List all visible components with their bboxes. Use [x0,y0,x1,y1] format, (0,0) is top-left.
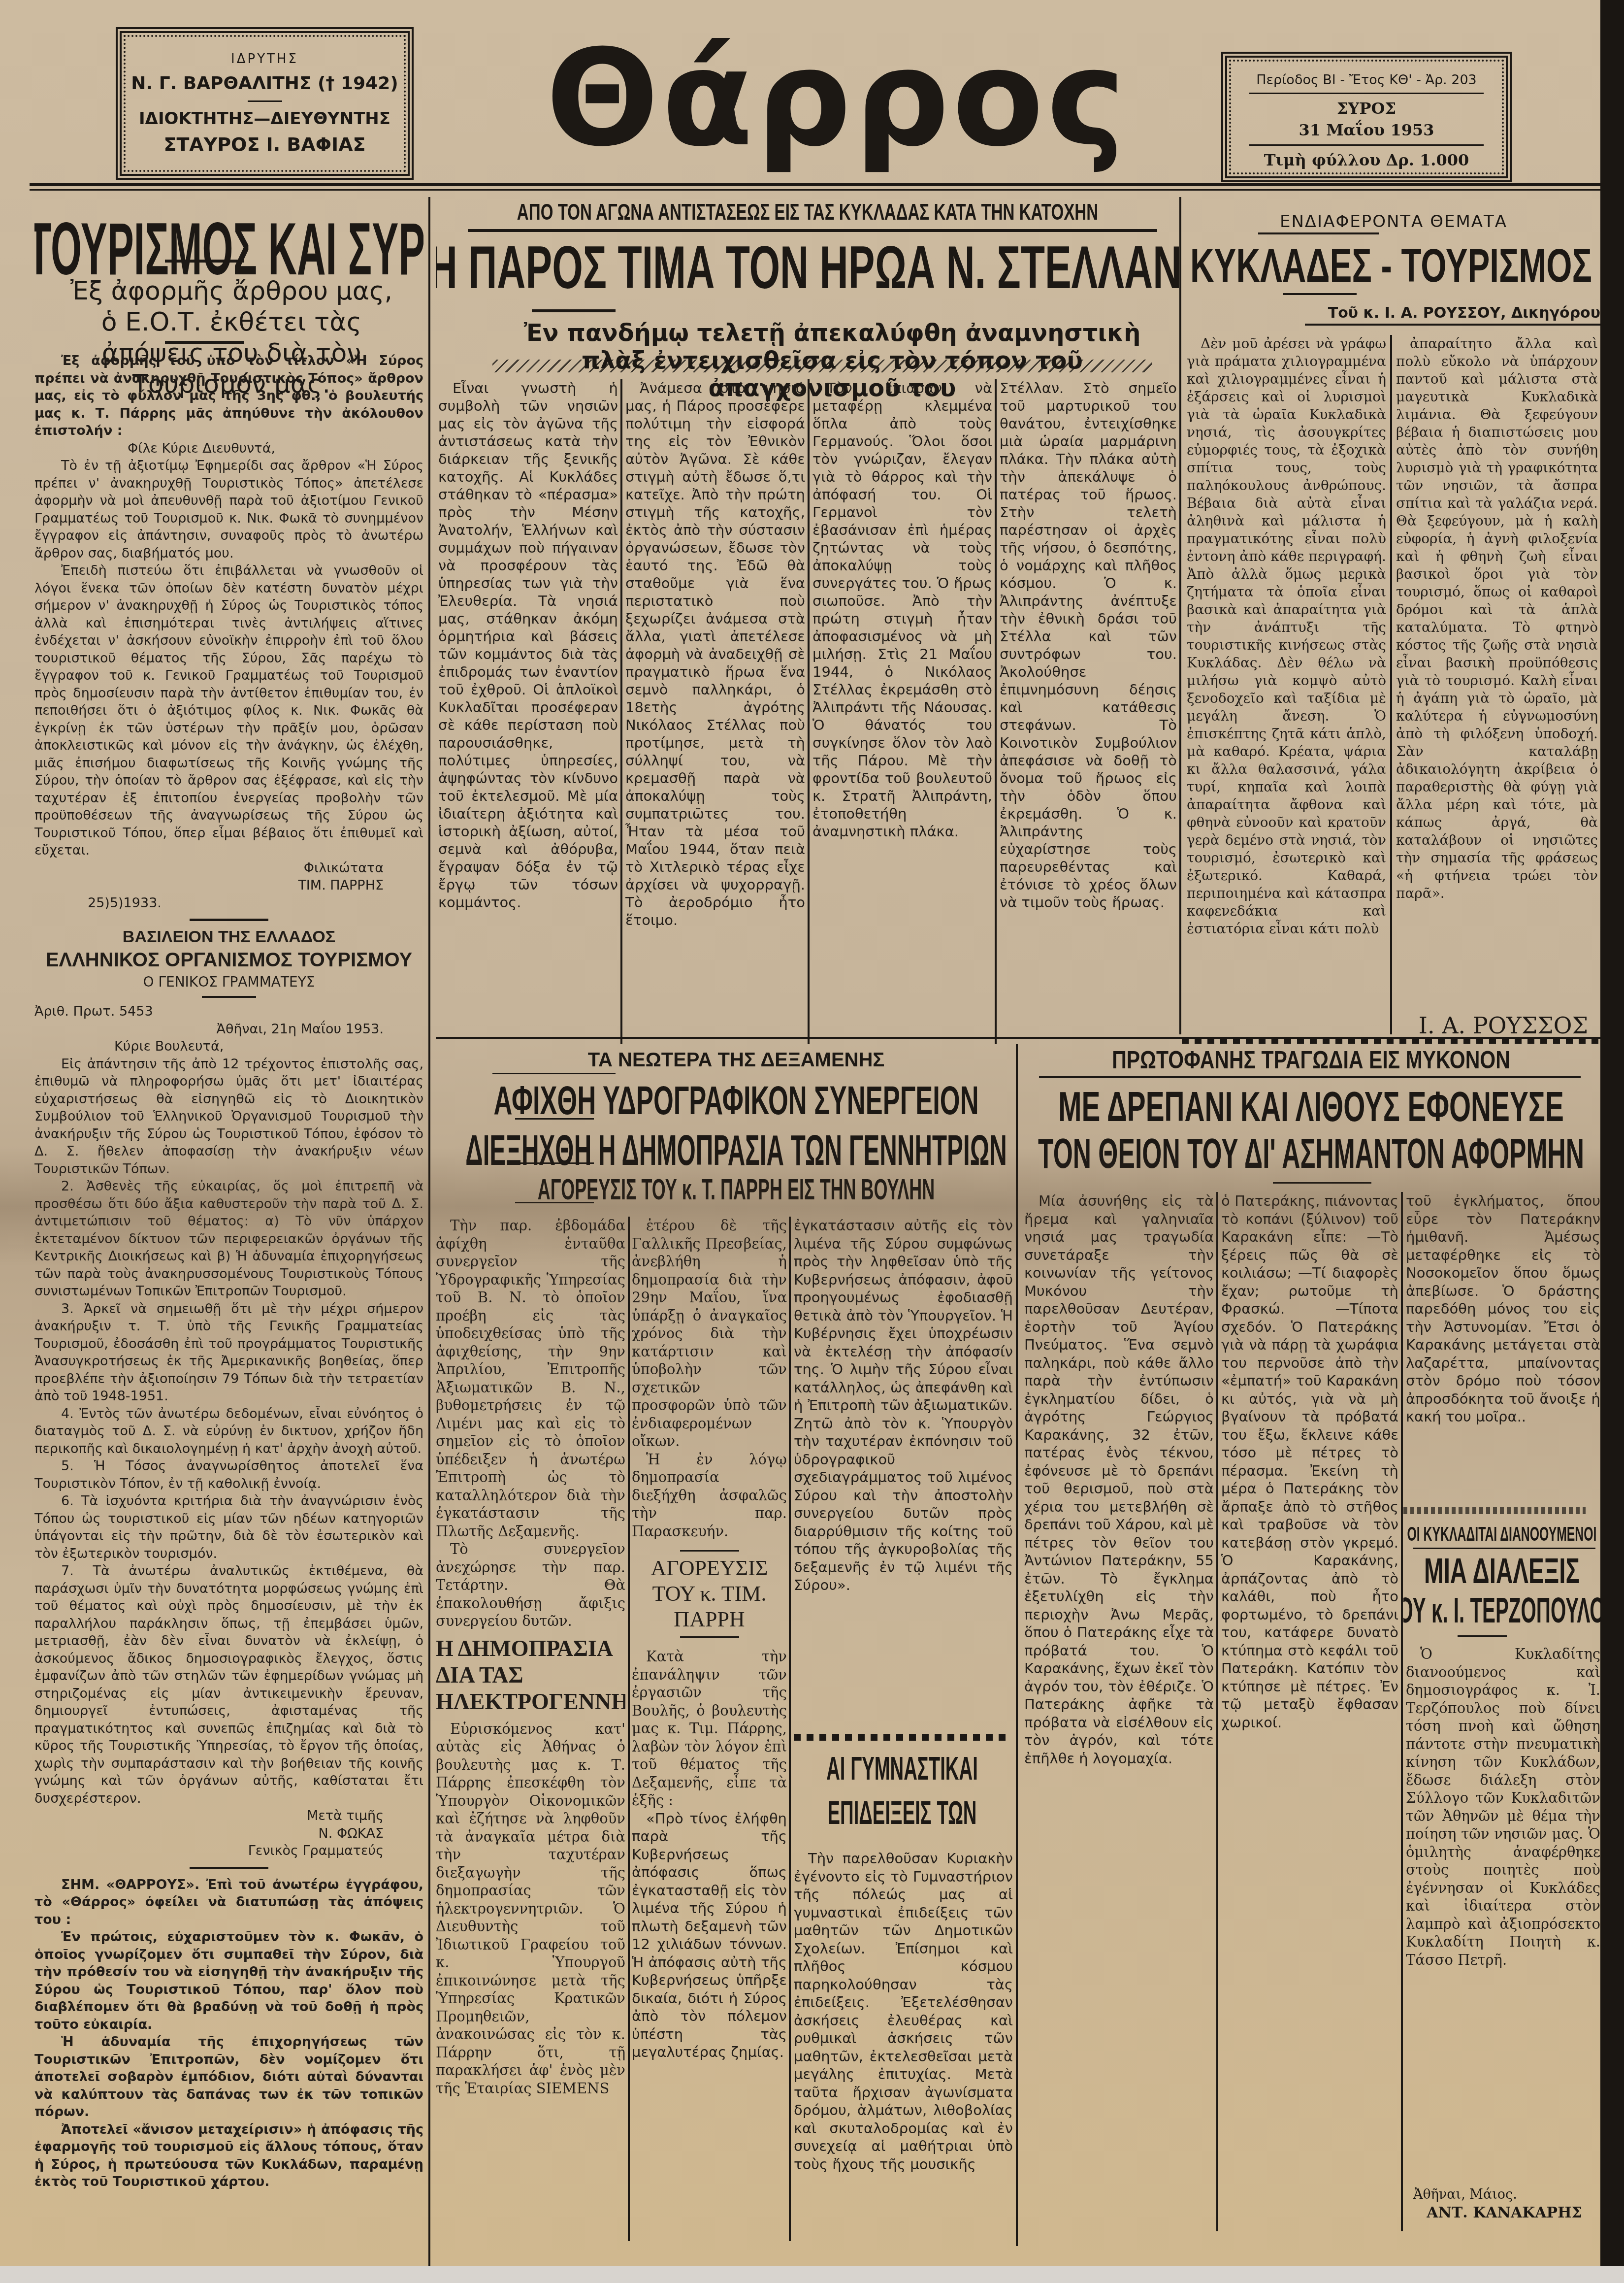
left-article-body: Ἐξ ἀφορμῆς τοῦ ὑπὸ τὸν τίτλον «Ἡ Σύρος π… [34,352,423,2266]
center-article-col-1: Εἶναι γνωστὴ ἡ συμβολὴ τῶν νησιῶν μας εἰ… [438,379,618,1047]
dock-subhead-generators: Η ΔΗΜΟΠΡΑΣΙΑ ΔΙΑ ΤΑΣ ΗΛΕΚΤΡΟΓΕΝΝΗΤΡΙΑΣ. [436,1635,625,1715]
dock-kicker: ΤΑ ΝΕΩΤΕΡΑ ΤΗΣ ΔΕΞΑΜΕΝΗΣ [433,1049,1039,1071]
right-article-col-1: Δὲν μοῦ ἀρέσει νὰ γράφω γιὰ πράματα χιλι… [1187,335,1386,1039]
issue-date: 31 Μαΐου 1953 [1227,121,1506,139]
lecture-headline-1: ΜΙΑ ΔΙΑΛΕΞΙΣ [1403,1552,1600,1591]
right-byline: Τοῦ κ. Ι. Α. ΡΟΥΣΣΟΥ, Δικηγόρου [1305,304,1600,326]
school-headline: ΑΙ ΓΥΜΝΑΣΤΙΚΑΙ ΕΠΙΔΕΙΞΕΙΣ ΤΩΝ ΔΗΜΟΤΙΚΩΝ … [794,1746,1013,1845]
right-headline: ΚΥΚΛΑΔΕΣ - ΤΟΥΡΙΣΜΟΣ [1182,241,1600,291]
lecture-place: Ἀθῆναι, Μάιος. [1413,2187,1517,2202]
lecture-body: Ὁ Κυκλαδίτης διανοούμενος καὶ δημοσιογρά… [1406,1645,1600,2167]
issue-box: Περίοδος ΒΙ - Ἔτος ΚΘ' - Ἀρ. 203 ΣΥΡΟΣ 3… [1221,52,1512,182]
center-article-col-4: Στέλλαν. Στὸ σημεῖο τοῦ μαρτυρικοῦ του θ… [1000,379,1177,1047]
issue-price: Τιμὴ φύλλου Δρ. 1.000 [1227,151,1506,169]
right-article-col-2: ἀπαραίτητο ἄλλα καὶ πολὺ εὔκολο νὰ ὑπάρχ… [1396,335,1598,990]
dock-col-2: ἑτέρου δὲ τῆς Γαλλικῆς Πρεσβείας, ἀνεβλή… [632,1217,787,2266]
mykonos-kicker: ΠΡΩΤΟΦΑΝΗΣ ΤΡΑΓΩΔΙΑ ΕΙΣ ΜΥΚΟΝΟΝ [1022,1047,1600,1074]
eot-kingdom: ΒΑΣΙΛΕΙΟΝ ΤΗΣ ΕΛΛΑΔΟΣ [34,926,423,948]
founder-label: ΙΔΡΥΤΗΣ [122,52,408,66]
dock-col-1: Τὴν παρ. ἑβδομάδα ἀφίχθη ἐνταῦθα συνεργε… [436,1217,625,2266]
eot-organization: ΕΛΛΗΝΙΚΟΣ ΟΡΓΑΝΙΣΜΟΣ ΤΟΥΡΙΣΜΟΥ [34,948,423,972]
founder-name: Ν. Γ. ΒΑΡΘΑΛΙΤΗΣ († 1942) [122,73,408,94]
center-article-col-3: Τὸν ἔπιασαν νὰ μεταφέρῃ κλεμμένα ὅπλα ἀπ… [812,379,992,1047]
owner-role: ΙΔΙΟΚΤΗΤΗΣ—ΔΙΕΥΘΥΝΤΗΣ [122,109,408,129]
mykonos-col-2: ὁ Πατεράκης, πιάνοντας τὸ κοπάνι (ξύλινο… [1221,1192,1398,2246]
center-article-col-2: Ἀνάμεσα στὰ νησιά μας, ἡ Πάρος προσέφερε… [625,379,805,1047]
protocol-number: Ἀριθ. Πρωτ. 5453 [34,1003,423,1021]
dock-headline-1: ΑΦΙΧΘΗ ΥΔΡΟΓΡΑΦΙΚΟΝ ΣΥΝΕΡΓΕΙΟΝ [433,1079,1039,1123]
lecture-kicker: ΟΙ ΚΥΚΛΑΔΙΤΑΙ ΔΙΑΝΟΟΥΜΕΝΟΙ [1403,1522,1600,1547]
lecture-headline-2: ΤΟΥ κ. Ι. ΤΕΡΖΟΠΟΥΛΟΥ [1403,1591,1600,1630]
founder-box: ΙΔΡΥΤΗΣ Ν. Γ. ΒΑΡΘΑΛΙΤΗΣ († 1942) ΙΔΙΟΚΤ… [116,27,414,180]
dock-col-3: ἐγκατάστασιν αὐτῆς εἰς τὸν λιμένα τῆς Σύ… [794,1217,1013,1717]
page-bottom-edge [0,2266,1624,2283]
page-edge-shadow [1600,0,1624,2283]
column-divider [1179,197,1181,1034]
school-body: Τὴν παρελθοῦσαν Κυριακὴν ἐγένοντο εἰς τὸ… [794,1850,1013,2244]
issue-city: ΣΥΡΟΣ [1227,99,1506,118]
right-kicker: ΕΝΔΙΑΦΕΡΟΝΤΑ ΘΕΜΑΤΑ [1187,212,1600,232]
dock-headline-2: ΔΙΕΞΗΧΘΗ Η ΔΗΜΟΠΡΑΣΙΑ ΤΩΝ ΓΕΝΝΗΤΡΙΩΝ [433,1125,1039,1175]
issue-period: Περίοδος ΒΙ - Ἔτος ΚΘ' - Ἀρ. 203 [1227,72,1506,88]
newspaper-title: Θάρρος [492,20,1182,177]
lecture-signature: ΑΝΤ. ΚΑΝΑΚΑΡΗΣ [1408,2204,1600,2221]
owner-name: ΣΤΑΥΡΟΣ Ι. ΒΑΦΙΑΣ [122,133,408,155]
column-divider [428,197,430,2266]
mykonos-headline-2: ΤΟΝ ΘΕΙΟΝ ΤΟΥ ΔΙ' ΑΣΗΜΑΝΤΟΝ ΑΦΟΡΜΗΝ [1022,1130,1600,1177]
newspaper-page: ΙΔΡΥΤΗΣ Ν. Γ. ΒΑΡΘΑΛΙΤΗΣ († 1942) ΙΔΙΟΚΤ… [0,0,1600,2266]
mykonos-col-1: Μία ἀσυνήθης εἰς τὰ ἤρεμα καὶ γαληνιαῖα … [1024,1192,1214,2246]
eot-secretary: Ο ΓΕΝΙΚΟΣ ΓΡΑΜΜΑΤΕΥΣ [34,972,423,992]
right-signature: Ι. Α. ΡΟΥΣΣΟΣ [1396,1012,1588,1039]
dock-subhead-parris: ΑΓΟΡΕΥΣΙΣ ΤΟΥ κ. ΤΙΜ. ΠΑΡΡΗ [632,1555,787,1632]
center-headline: Η ΠΑΡΟΣ ΤΙΜΑ ΤΟΝ ΗΡΩΑ Ν. ΣΤΕΛΛΑΝ [436,235,1179,299]
center-kicker: ΑΠΟ ΤΟΝ ΑΓΩΝΑ ΑΝΤΙΣΤΑΣΕΩΣ ΕΙΣ ΤΑΣ ΚΥΚΛΑΔ… [438,199,1177,224]
mykonos-col-3: τοῦ ἐγκλήματος, ὅπου εὗρε τὸν Πατεράκην … [1406,1192,1600,1507]
mykonos-headline-1: ΜΕ ΔΡΕΠΑΝΙ ΚΑΙ ΛΙΘΟΥΣ ΕΦΟΝΕΥΣΕ [1022,1084,1600,1130]
editor-note-label: ΣΗΜ. «ΘΑΡΡΟΥΣ». [61,1877,199,1892]
